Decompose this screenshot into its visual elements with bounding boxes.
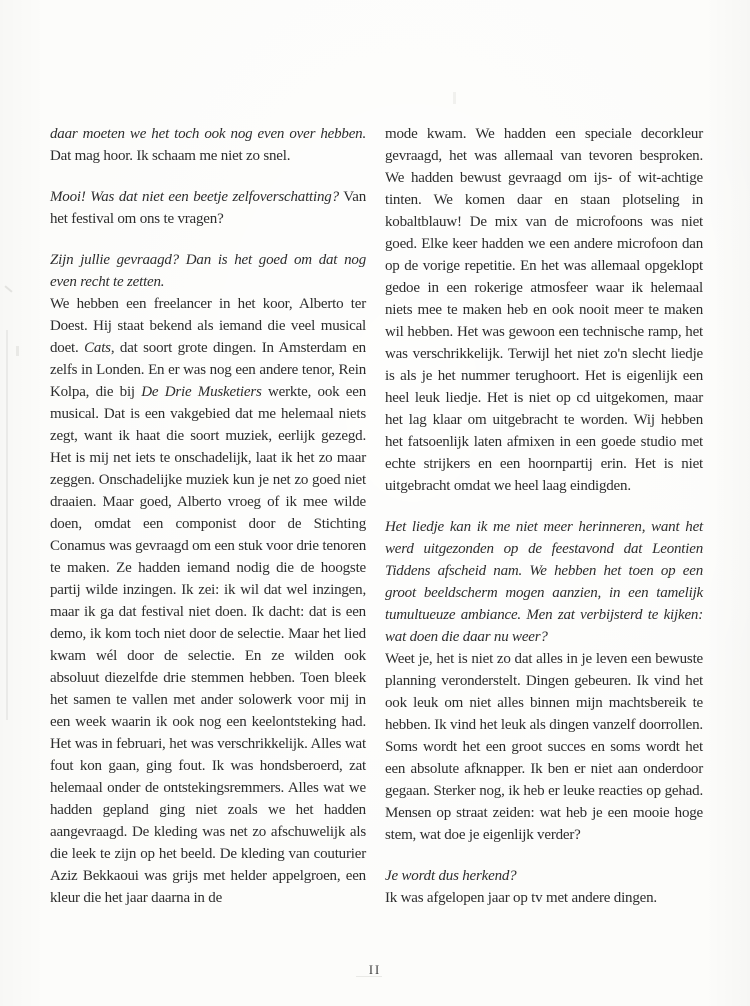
scan-artifact [6,330,8,720]
scan-artifact [453,92,456,104]
paragraph: Het liedje kan ik me niet meer herinnere… [385,516,703,648]
paragraph: mode kwam. We hadden een speciale decork… [385,123,703,497]
book-page: daar moeten we het toch ook nog even ove… [0,0,750,1006]
text-column-left: daar moeten we het toch ook nog even ove… [50,123,366,909]
body-text: mode kwam. We hadden een speciale decork… [385,126,703,494]
text-column-right: mode kwam. We hadden een speciale decork… [385,123,703,909]
interview-question-text: Mooi! Was dat niet een beetje zelfoversc… [50,189,339,205]
paragraph: Mooi! Was dat niet een beetje zelfoversc… [50,186,366,230]
scan-artifact [4,285,12,292]
text-columns: daar moeten we het toch ook nog even ove… [50,123,703,909]
scan-artifact [16,346,19,356]
body-text: Dat mag hoor. Ik schaam me niet zo snel. [50,148,290,164]
paragraph: daar moeten we het toch ook nog even ove… [50,123,366,167]
paragraph: Zijn jullie gevraagd? Dan is het goed om… [50,249,366,293]
interview-question-text: De Drie Musketiers [141,384,261,400]
paragraph: Ik was afgelopen jaar op tv met andere d… [385,887,703,909]
paragraph: Je wordt dus herkend? [385,865,703,887]
interview-question-text: Zijn jullie gevraagd? Dan is het goed om… [50,252,366,290]
body-text: Weet je, het is niet zo dat alles in je … [385,651,703,843]
interview-question-text: Cats [84,340,111,356]
interview-question-text: daar moeten we het toch ook nog even ove… [50,126,366,142]
interview-question-text: Je wordt dus herkend? [385,868,516,884]
body-text: Ik was afgelopen jaar op tv met andere d… [385,890,657,906]
interview-question-text: Het liedje kan ik me niet meer herinnere… [385,519,703,645]
page-number: II [0,963,750,978]
body-text: werkte, ook een musical. Dat is een vakg… [50,384,366,906]
paragraph: Weet je, het is niet zo dat alles in je … [385,648,703,846]
paragraph: We hebben een freelancer in het koor, Al… [50,293,366,909]
